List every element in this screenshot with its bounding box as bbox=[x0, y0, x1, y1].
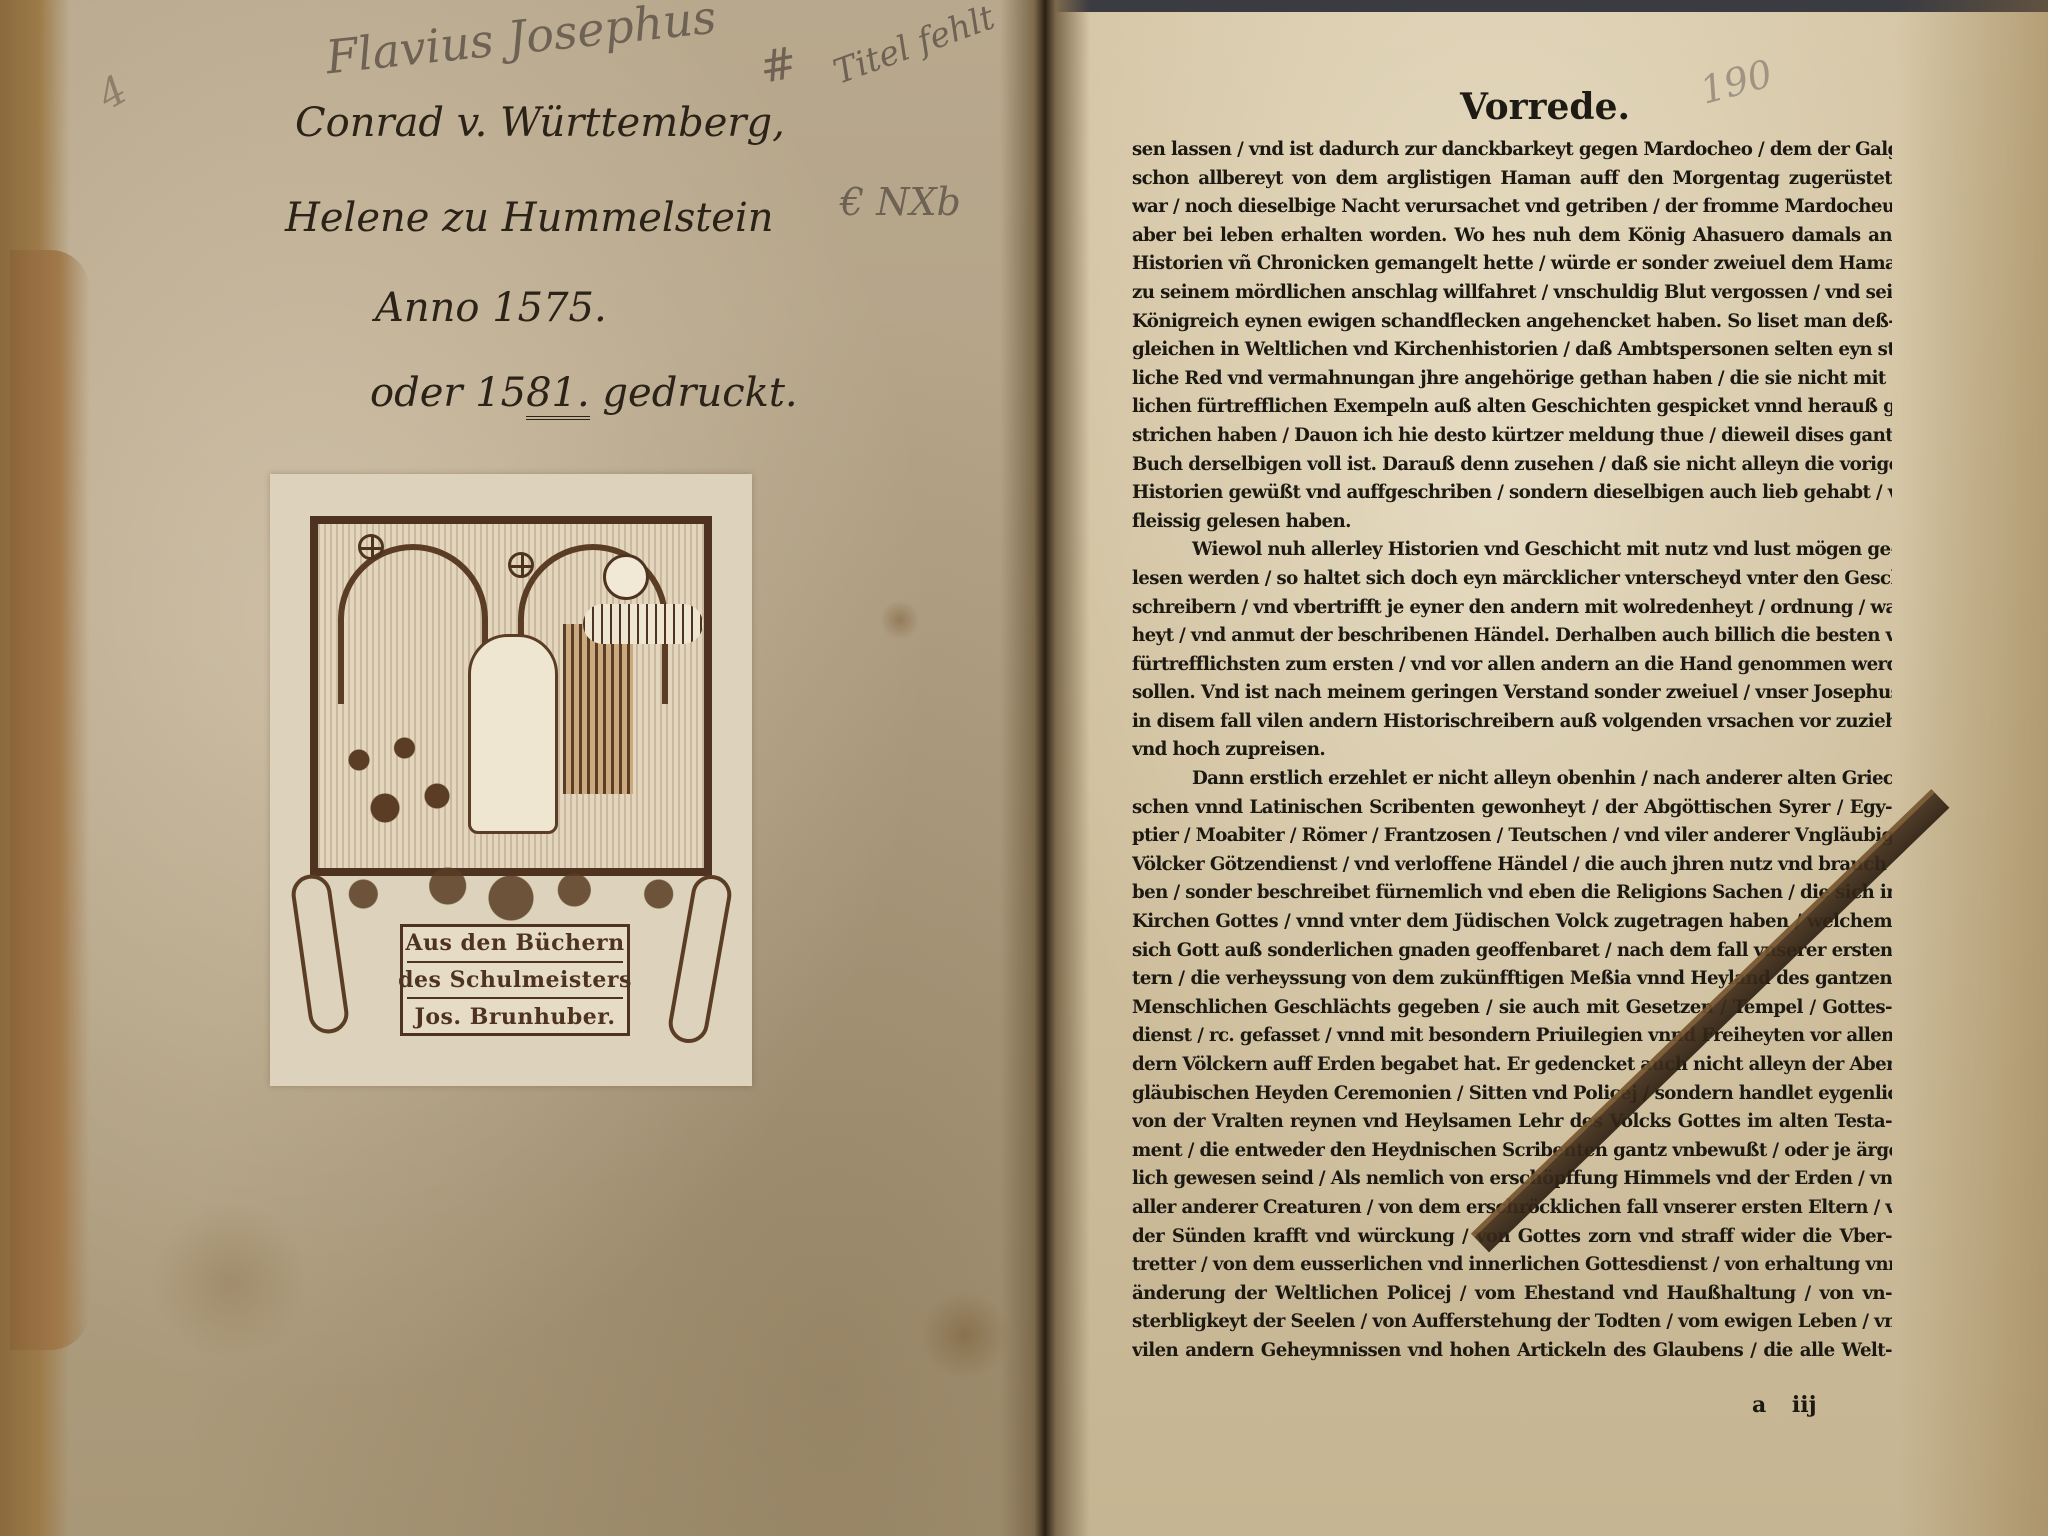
bookplate-inscription: Aus den Büchern des Schulmeisters Jos. B… bbox=[400, 924, 630, 1036]
fruit-garland-illustration bbox=[300, 854, 722, 934]
text-line: ment / die entweder den Heydnischen Scri… bbox=[1132, 1137, 1892, 1166]
text-line: schen vnnd Latinischen Scribenten gewonh… bbox=[1132, 794, 1892, 823]
left-page-flyleaf: Flavius Josephus 4 # Titel fehlt € NXb C… bbox=[0, 0, 1040, 1536]
text-line: heyt / vnd anmut der beschribenen Händel… bbox=[1132, 622, 1892, 651]
divider bbox=[407, 961, 623, 963]
handwritten-line-4-year-underlined: 81. bbox=[526, 370, 590, 420]
blackletter-text-block: sen lassen / vnd ist dadurch zur danckba… bbox=[1132, 136, 1892, 1366]
text-line: schreibern / vnd vbertrifft je eyner den… bbox=[1132, 594, 1892, 623]
skull-icon bbox=[603, 554, 649, 600]
handwritten-line-1: Conrad v. Württemberg, bbox=[295, 100, 785, 146]
text-line: änderung der Weltlichen Policej / vom Eh… bbox=[1132, 1280, 1892, 1309]
text-line: von der Vralten reynen vnd Heylsamen Leh… bbox=[1132, 1108, 1892, 1137]
text-line: dern Völckern auff Erden begabet hat. Er… bbox=[1132, 1051, 1892, 1080]
round-window-icon bbox=[358, 534, 384, 560]
handwritten-note-title-missing: Titel fehlt bbox=[828, 0, 1000, 93]
text-line: Königreich eynen ewigen schandflecken an… bbox=[1132, 308, 1892, 337]
text-line-paragraph-start: Wiewol nuh allerley Historien vnd Geschi… bbox=[1132, 536, 1892, 565]
ex-libris-bookplate: Aus den Büchern des Schulmeisters Jos. B… bbox=[270, 474, 752, 1086]
book-spread: Flavius Josephus 4 # Titel fehlt € NXb C… bbox=[0, 0, 2048, 1536]
text-line: strichen haben / Dauon ich hie desto kür… bbox=[1132, 422, 1892, 451]
handwritten-line-3: Anno 1575. bbox=[375, 285, 607, 331]
text-line: fleissig gelesen haben. bbox=[1132, 508, 1892, 537]
text-line: schon allbereyt von dem arglistigen Hama… bbox=[1132, 165, 1892, 194]
ruff-collar-illustration bbox=[583, 604, 703, 644]
bookplate-line-1: Aus den Büchern bbox=[405, 932, 624, 954]
text-line: sen lassen / vnd ist dadurch zur danckba… bbox=[1132, 136, 1892, 165]
text-line: ben / sonder beschreibet fürnemlich vnd … bbox=[1132, 879, 1892, 908]
foxing-stain bbox=[920, 1290, 1010, 1380]
text-line: gläubischen Heyden Ceremonien / Sitten v… bbox=[1132, 1080, 1892, 1109]
bookplate-line-2: des Schulmeisters bbox=[398, 969, 632, 991]
handwritten-cross-mark: # bbox=[756, 37, 801, 94]
handwritten-corner-mark: 4 bbox=[90, 67, 135, 120]
foxing-stain bbox=[880, 600, 920, 640]
text-line: sterbligkeyt der Seelen / von Auffersteh… bbox=[1132, 1308, 1892, 1337]
bookplate-illustration-frame bbox=[310, 516, 712, 876]
text-line: war / noch dieselbige Nacht verursachet … bbox=[1132, 193, 1892, 222]
text-line: lich gewesen seind / Als nemlich von ers… bbox=[1132, 1165, 1892, 1194]
text-line: Kirchen Gottes / vnnd vnter dem Jüdische… bbox=[1132, 908, 1892, 937]
text-line: fürtrefflichsten zum ersten / vnd vor al… bbox=[1132, 651, 1892, 680]
text-line: dienst / rc. gefasset / vnnd mit besonde… bbox=[1132, 1022, 1892, 1051]
right-page-worn-edge bbox=[1898, 0, 2048, 1536]
bookplate-line-3: Jos. Brunhuber. bbox=[414, 1006, 615, 1028]
text-line: Menschlichen Geschlächts gegeben / sie a… bbox=[1132, 994, 1892, 1023]
round-window-icon bbox=[508, 552, 534, 578]
handwritten-line-4: oder 1581. gedruckt. bbox=[370, 370, 798, 416]
arch-icon bbox=[338, 544, 488, 704]
text-line: in disem fall vilen andern Historischrei… bbox=[1132, 708, 1892, 737]
text-line: sollen. Vnd ist nach meinem geringen Ver… bbox=[1132, 679, 1892, 708]
printer-signature-mark: a iij bbox=[1752, 1392, 1817, 1418]
text-line: ptier / Moabiter / Römer / Frantzosen / … bbox=[1132, 822, 1892, 851]
text-line: liche Red vnd vermahnungan jhre angehöri… bbox=[1132, 365, 1892, 394]
left-page-torn-edge bbox=[10, 250, 90, 1350]
text-line: aber bei leben erhalten worden. Wo hes n… bbox=[1132, 222, 1892, 251]
organ-illustration bbox=[563, 624, 633, 794]
background-top-band bbox=[1040, 0, 2048, 12]
foxing-stain bbox=[150, 1200, 310, 1360]
text-line: tretter / von dem eusserlichen vnd inner… bbox=[1132, 1251, 1892, 1280]
book-gutter-spine bbox=[1000, 0, 1090, 1536]
page-heading: Vorrede. bbox=[1450, 86, 1640, 128]
schoolmaster-figure-illustration bbox=[468, 634, 558, 834]
text-line: Völcker Götzendienst / vnd verloffene Hä… bbox=[1132, 851, 1892, 880]
text-line: gleichen in Weltlichen vnd Kirchenhistor… bbox=[1132, 336, 1892, 365]
text-line: Buch derselbigen voll ist. Darauß denn z… bbox=[1132, 451, 1892, 480]
handwritten-line-2: Helene zu Hummelstein bbox=[285, 195, 774, 241]
handwritten-line-4-suffix: gedruckt. bbox=[590, 370, 798, 416]
text-line: lichen fürtrefflichen Exempeln auß alten… bbox=[1132, 393, 1892, 422]
text-line: zu seinem mördlichen anschlag willfahret… bbox=[1132, 279, 1892, 308]
divider bbox=[407, 997, 623, 999]
text-line: lesen werden / so haltet sich doch eyn m… bbox=[1132, 565, 1892, 594]
text-line-paragraph-start: Dann erstlich erzehlet er nicht alleyn o… bbox=[1132, 765, 1892, 794]
schoolchildren-illustration bbox=[333, 724, 463, 844]
text-line: vilen andern Geheymnissen vnd hohen Arti… bbox=[1132, 1337, 1892, 1366]
handwritten-line-4-prefix: oder 15 bbox=[370, 370, 526, 416]
text-line: Historien vñ Chronicken gemangelt hette … bbox=[1132, 250, 1892, 279]
handwritten-price-note: € NXb bbox=[840, 180, 961, 224]
handwritten-title-pencil: Flavius Josephus bbox=[323, 0, 718, 84]
text-line: vnd hoch zupreisen. bbox=[1132, 736, 1892, 765]
text-line: Historien gewüßt vnd auffgeschriben / so… bbox=[1132, 479, 1892, 508]
